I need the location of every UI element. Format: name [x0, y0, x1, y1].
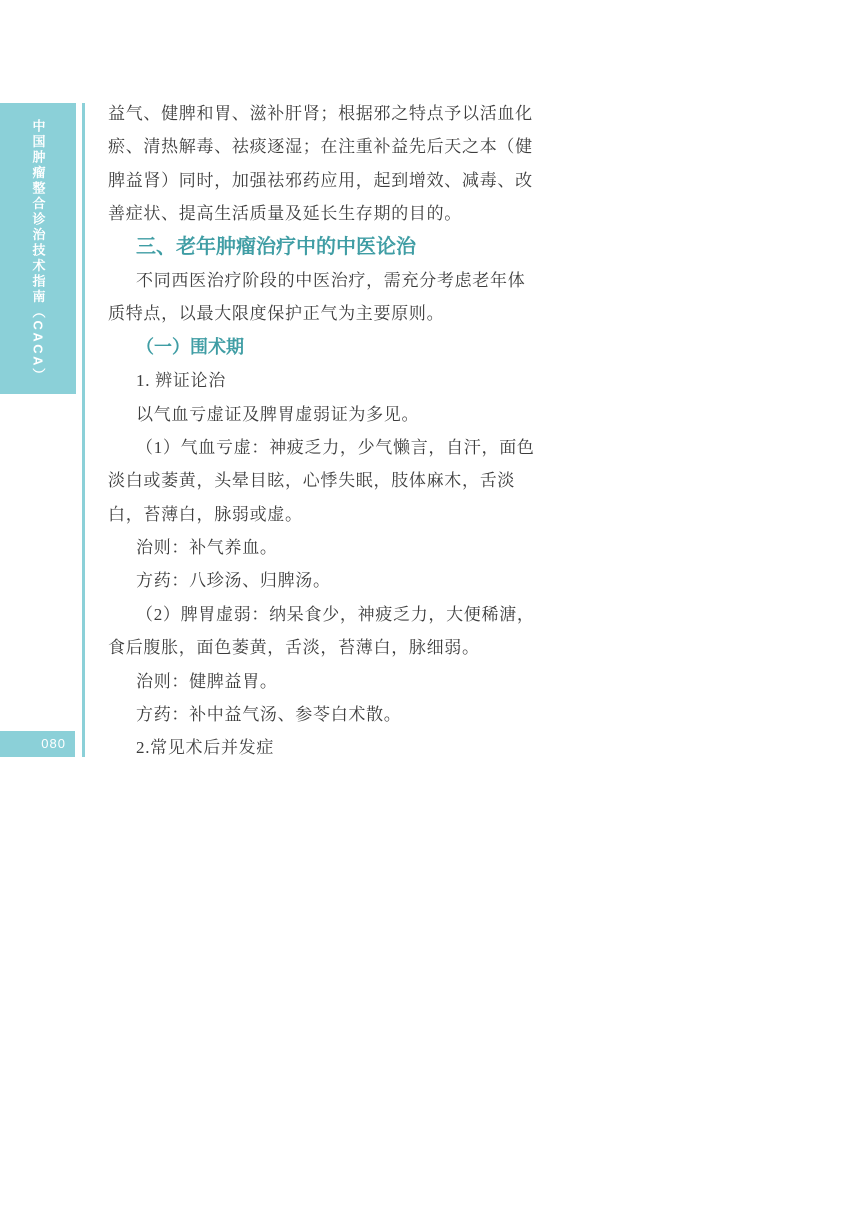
text-line: 2.常见术后并发症 [108, 731, 544, 764]
page-number-badge: 080 [0, 731, 75, 757]
text-line: 1. 辨证论治 [108, 364, 544, 397]
text-line: 善症状、提高生活质量及延长生存期的目的。 [108, 197, 544, 230]
sidebar: 中国肿瘤整合诊治技术指南（CACA） [0, 103, 76, 394]
page-number: 080 [41, 736, 66, 751]
text-line: 不同西医治疗阶段的中医治疗，需充分考虑老年体 [108, 264, 544, 297]
text-line: 质特点，以最大限度保护正气为主要原则。 [108, 297, 544, 330]
content-column: 益气、健脾和胃、滋补肝肾；根据邪之特点予以活血化瘀、清热解毒、祛痰逐湿；在注重补… [108, 97, 544, 765]
sidebar-rule [82, 103, 85, 757]
text-line: 白，苔薄白，脉弱或虚。 [108, 498, 544, 531]
section-heading: 三、老年肿瘤治疗中的中医论治 [108, 231, 544, 264]
text-line: 治则：健脾益胃。 [108, 665, 544, 698]
text-line: 瘀、清热解毒、祛痰逐湿；在注重补益先后天之本（健 [108, 130, 544, 163]
text-line: 方药：补中益气汤、参苓白术散。 [108, 698, 544, 731]
text-line: 方药：八珍汤、归脾汤。 [108, 564, 544, 597]
text-line: 以气血亏虚证及脾胃虚弱证为多见。 [108, 398, 544, 431]
text-line: 淡白或萎黄，头晕目眩，心悸失眠，肢体麻木，舌淡 [108, 464, 544, 497]
text-line: 益气、健脾和胃、滋补肝肾；根据邪之特点予以活血化 [108, 97, 544, 130]
text-line: （2）脾胃虚弱：纳呆食少，神疲乏力，大便稀溏， [108, 598, 544, 631]
subsection-heading: （一）围术期 [108, 331, 544, 364]
sidebar-book-title: 中国肿瘤整合诊治技术指南（CACA） [32, 119, 45, 394]
text-line: （1）气血亏虚：神疲乏力，少气懒言，自汗，面色 [108, 431, 544, 464]
text-line: 食后腹胀，面色萎黄，舌淡，苔薄白，脉细弱。 [108, 631, 544, 664]
text-line: 脾益肾）同时，加强祛邪药应用，起到增效、减毒、改 [108, 164, 544, 197]
text-line: 治则：补气养血。 [108, 531, 544, 564]
document-page: 中国肿瘤整合诊治技术指南（CACA） 080 益气、健脾和胃、滋补肝肾；根据邪之… [0, 0, 867, 1218]
